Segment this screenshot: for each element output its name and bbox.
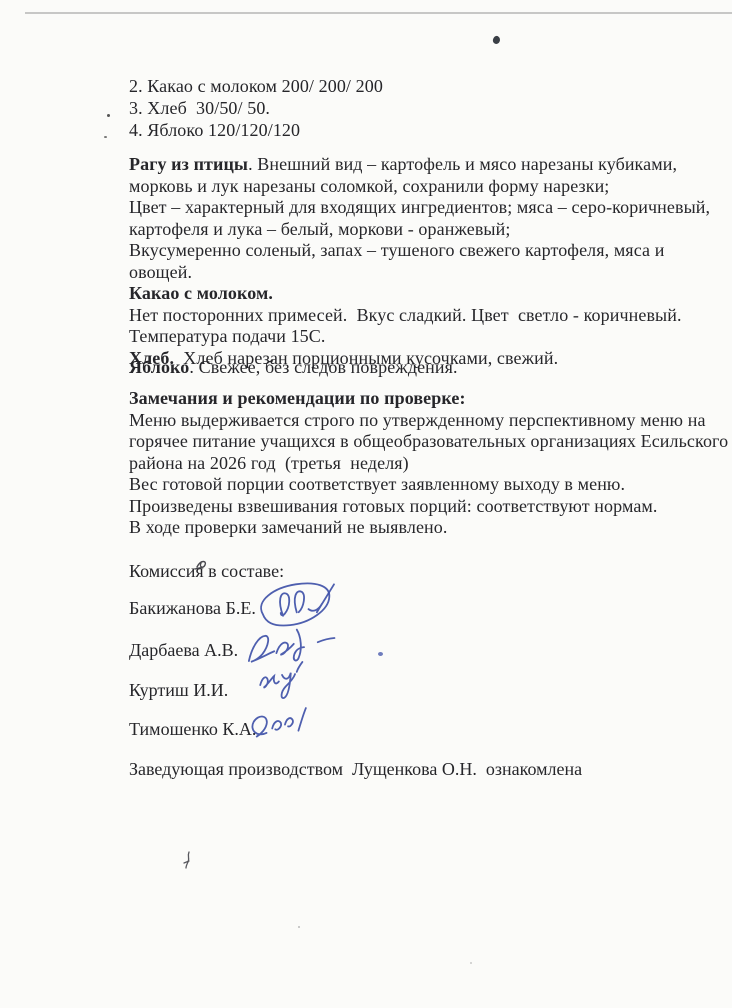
ragu-heading: Рагу из птицы	[129, 154, 248, 174]
scan-dot	[104, 136, 107, 138]
ragu-line: Вкусумеренно соленый, запах – тушеного с…	[129, 240, 732, 283]
commission-member: Бакижанова Б.Е.	[129, 598, 256, 619]
portion-list-item: 4. Яблоко 120/120/120	[129, 119, 383, 141]
scan-dot	[107, 114, 110, 117]
portion-list-item: 3. Хлеб 30/50/ 50.	[129, 97, 383, 119]
remarks-line: района на 2026 год (третья неделя)	[129, 453, 728, 475]
commission-member: Куртиш И.И.	[129, 680, 228, 701]
kakao-heading: Какао с молоком.	[129, 283, 273, 303]
remarks-line: В ходе проверки замечаний не выявлено.	[129, 517, 728, 539]
signature-timoshenko-icon	[245, 704, 313, 747]
signature-kurtish-icon	[253, 659, 310, 706]
scan-dot	[298, 926, 300, 928]
production-manager-acknowledgement: Заведующая производством Лущенкова О.Н. …	[129, 759, 582, 780]
remarks-line: Произведены взвешивания готовых порций: …	[129, 496, 728, 518]
dish-evaluation-paragraph: Рагу из птицы. Внешний вид – картофель и…	[129, 154, 732, 369]
portion-list: 2. Какао с молоком 200/ 200/ 200 3. Хлеб…	[129, 75, 383, 141]
commission-member-name: Тимошенко К.А.	[129, 719, 256, 739]
apple-evaluation: Яблоко. Свежее, без следов повреждения.	[129, 357, 458, 379]
commission-member-name: Дарбаева А.В.	[129, 640, 238, 660]
scanned-document-page: 2. Какао с молоком 200/ 200/ 200 3. Хлеб…	[0, 0, 732, 1008]
commission-member: Дарбаева А.В.	[129, 640, 238, 661]
kakao-line: Нет посторонних примесей. Вкус сладкий. …	[129, 305, 732, 327]
yabloko-heading: Яблоко	[129, 357, 189, 377]
commission-member: Тимошенко К.А.	[129, 719, 256, 740]
pen-squiggle-mark	[180, 850, 196, 870]
remarks-line: Вес готовой порции соответствует заявлен…	[129, 474, 728, 496]
remarks-line: горячее питание учащихся в общеобразоват…	[129, 431, 728, 453]
ragu-line: морковь и лук нарезаны соломкой, сохрани…	[129, 176, 732, 198]
remarks-section: Замечания и рекомендации по проверке: Ме…	[129, 388, 728, 539]
scan-speck-blue	[378, 652, 383, 656]
scan-edge-line	[25, 12, 732, 14]
scan-dot	[470, 962, 472, 964]
kakao-line: Температура подачи 15С.	[129, 326, 732, 348]
yabloko-heading-rest: . Свежее, без следов повреждения.	[189, 357, 457, 377]
portion-list-item: 2. Какао с молоком 200/ 200/ 200	[129, 75, 383, 97]
ragu-heading-rest: . Внешний вид – картофель и мясо нарезан…	[248, 154, 677, 174]
commission-member-name: Куртиш И.И.	[129, 680, 228, 700]
ragu-line: картофеля и лука – белый, моркови - оран…	[129, 219, 732, 241]
commission-heading: Комиссия в составе:	[129, 561, 284, 582]
scan-speck-dark	[492, 35, 502, 45]
ragu-line: Цвет – характерный для входящих ингредие…	[129, 197, 732, 219]
commission-member-name: Бакижанова Б.Е.	[129, 598, 256, 618]
remarks-heading: Замечания и рекомендации по проверке:	[129, 388, 466, 408]
remarks-line: Меню выдерживается строго по утвержденно…	[129, 410, 728, 432]
